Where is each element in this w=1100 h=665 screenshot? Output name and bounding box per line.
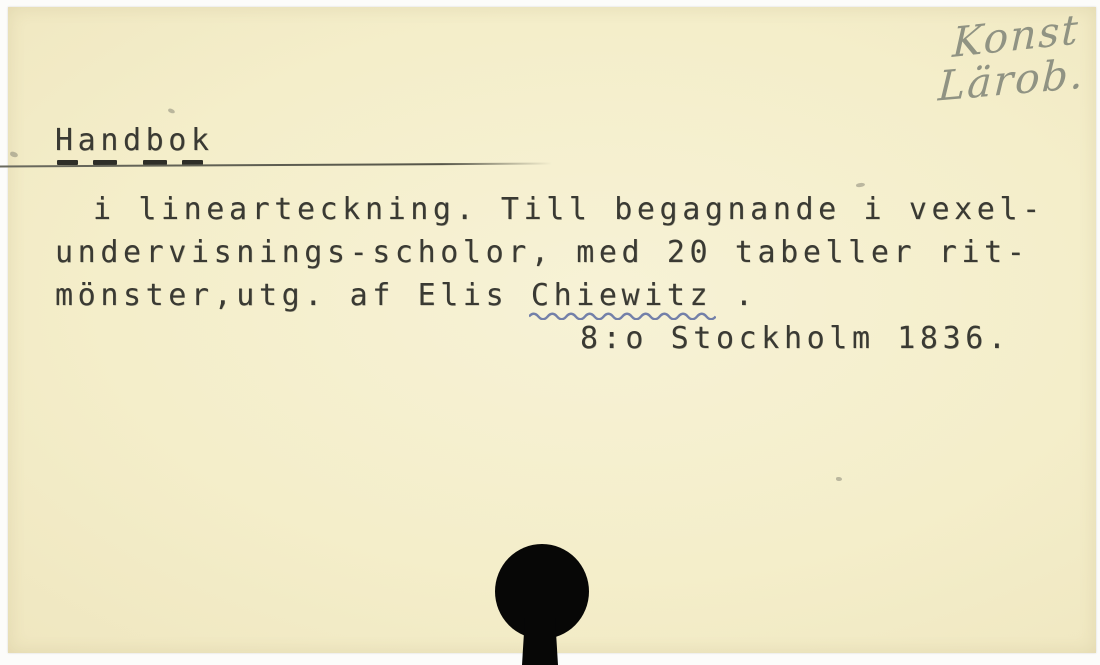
card-heading: Handbok (55, 123, 214, 158)
body-line-2: undervisnings-scholor, med 20 tabeller r… (55, 235, 1029, 270)
body-line-3: mönster,utg. af Elis Chiewitz . (55, 278, 758, 313)
body-line-1: i linearteckning. Till begagnande i vexe… (93, 192, 1045, 227)
dust-speck (836, 477, 842, 481)
scanned-catalog-card-page: Konst Lärob. Handbok i linearteckning. T… (0, 0, 1100, 665)
author-name-underlined: Chiewitz (531, 278, 712, 313)
punch-hole-stem (522, 618, 558, 665)
author-name-text: Chiewitz (531, 278, 712, 313)
body-line-3-suffix: . (712, 278, 757, 313)
body-line-3-prefix: mönster,utg. af Elis (55, 278, 531, 313)
imprint-line: 8:o Stockholm 1836. (580, 321, 1011, 356)
wavy-underline-icon (529, 311, 716, 320)
